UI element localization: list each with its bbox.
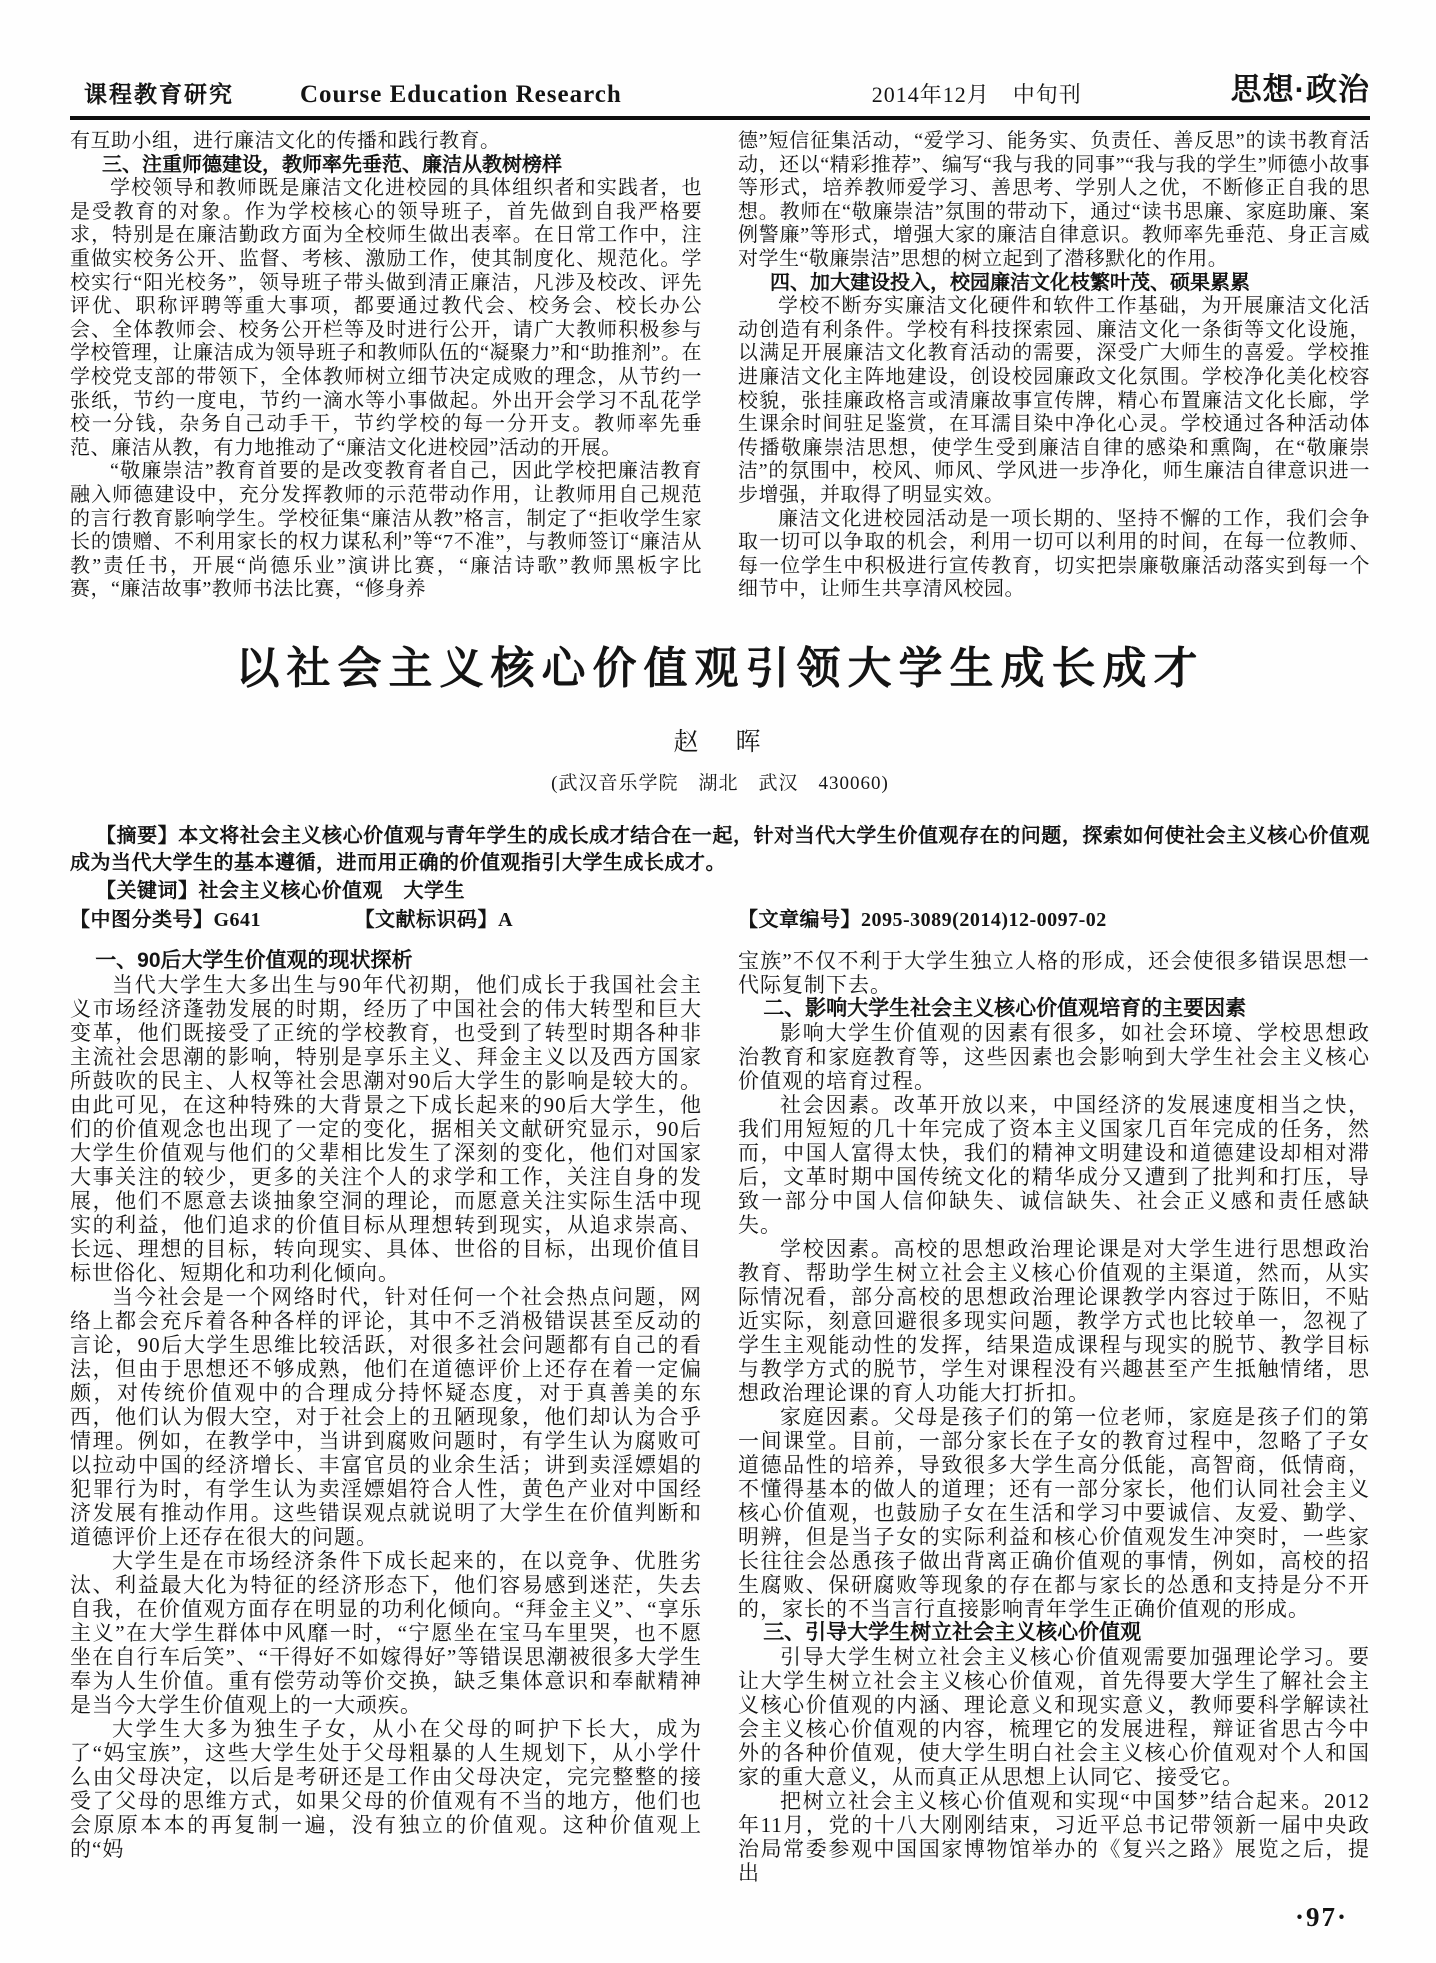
- document-code-label: 【文献标识码】: [355, 909, 499, 931]
- clc-label: 【中图分类号】: [70, 909, 214, 931]
- clc-value: G641: [214, 909, 262, 931]
- category-label: 思想·政治: [1231, 64, 1370, 109]
- paragraph: 宝族”不仅不利于大学生独立人格的形成，还会使很多错误思想一代际复制下去。: [738, 949, 1370, 997]
- paragraph: 廉洁文化进校园活动是一项长期的、坚持不懈的工作，我们会争取一切可以争取的机会，利…: [738, 508, 1370, 602]
- issue-info: 2014年12月 中旬刊: [872, 78, 1082, 109]
- clc-number: 【中图分类号】G641: [70, 909, 261, 931]
- journal-page: 课程教育研究 Course Education Research 2014年12…: [0, 0, 1436, 1963]
- paragraph: “敬廉崇洁”教育首要的是改变教育者自己，因此学校把廉洁教育融入师德建设中，充分发…: [70, 460, 702, 602]
- paragraph: 德”短信征集活动，“爱学习、能务实、负责任、善反思”的读书教育活动，还以“精彩推…: [738, 130, 1370, 272]
- article-affiliation: (武汉音乐学院 湖北 武汉 430060): [70, 768, 1370, 795]
- classification-row: 【中图分类号】G641 【文献标识码】A 【文章编号】2095-3089(201…: [70, 907, 1370, 935]
- abstract: 【摘要】本文将社会主义核心价值观与青年学生的成长成才结合在一起，针对当代大学生价…: [70, 823, 1370, 878]
- article-title: 以社会主义核心价值观引领大学生成长成才: [70, 632, 1370, 696]
- paragraph: 引导大学生树立社会主义核心价值观需要加强理论学习。要让大学生树立社会主义核心价值…: [738, 1645, 1370, 1789]
- paragraph: 大学生是在市场经济条件下成长起来的，在以竞争、优胜劣汰、利益最大化为特征的经济形…: [70, 1549, 702, 1717]
- header-divider: [70, 116, 1370, 120]
- body-left-column: 一、90后大学生价值观的现状探析当代大学生大多出生与90年代初期，他们成长于我国…: [70, 949, 702, 1885]
- article-id-value: 2095-3089(2014)12-0097-02: [861, 909, 1107, 931]
- abstract-label: 【摘要】: [96, 825, 178, 847]
- keywords: 【关键词】社会主义核心价值观 大学生: [70, 878, 1370, 906]
- paragraph: 把树立社会主义核心价值观和实现“中国梦”结合起来。2012年11月，党的十八大刚…: [738, 1789, 1370, 1885]
- paragraph: 社会因素。改革开放以来，中国经济的发展速度相当之快，我们用短短的几十年完成了资本…: [738, 1093, 1370, 1237]
- paragraph: 学校不断夯实廉洁文化硬件和软件工作基础，为开展廉洁文化活动创造有利条件。学校有科…: [738, 295, 1370, 507]
- section-heading: 三、引导大学生树立社会主义核心价值观: [738, 1621, 1370, 1645]
- article-body: 一、90后大学生价值观的现状探析当代大学生大多出生与90年代初期，他们成长于我国…: [70, 949, 1370, 1885]
- article-id-label: 【文章编号】: [738, 909, 861, 931]
- article-author: 赵 晖: [70, 722, 1370, 758]
- paragraph: 影响大学生价值观的因素有很多，如社会环境、学校思想政治教育和家庭教育等，这些因素…: [738, 1021, 1370, 1093]
- paragraph: 当今社会是一个网络时代，针对任何一个社会热点问题，网络上都会充斥着各种各样的评论…: [70, 1285, 702, 1549]
- section-heading: 三、注重师德建设，教师率先垂范、廉洁从教树榜样: [70, 154, 702, 178]
- paragraph: 当代大学生大多出生与90年代初期，他们成长于我国社会主义市场经济蓬勃发展的时期，…: [70, 973, 702, 1285]
- paragraph: 学校领导和教师既是廉洁文化进校园的具体组织者和实践者，也是受教育的对象。作为学校…: [70, 177, 702, 460]
- journal-title-en: Course Education Research: [300, 81, 622, 109]
- previous-article-continuation: 有互助小组，进行廉洁文化的传播和践行教育。三、注重师德建设，教师率先垂范、廉洁从…: [70, 130, 1370, 602]
- paragraph: 有互助小组，进行廉洁文化的传播和践行教育。: [70, 130, 702, 154]
- article-meta: 【摘要】本文将社会主义核心价值观与青年学生的成长成才结合在一起，针对当代大学生价…: [70, 823, 1370, 935]
- body-right-column: 宝族”不仅不利于大学生独立人格的形成，还会使很多错误思想一代际复制下去。二、影响…: [738, 949, 1370, 1885]
- prev-article-left-column: 有互助小组，进行廉洁文化的传播和践行教育。三、注重师德建设，教师率先垂范、廉洁从…: [70, 130, 702, 602]
- journal-title-cn: 课程教育研究: [84, 76, 234, 109]
- document-code-value: A: [498, 909, 513, 931]
- keywords-label: 【关键词】: [96, 880, 199, 902]
- document-code: 【文献标识码】A: [355, 909, 513, 931]
- page-number: ·97·: [1295, 1902, 1348, 1933]
- prev-article-right-column: 德”短信征集活动，“爱学习、能务实、负责任、善反思”的读书教育活动，还以“精彩推…: [738, 130, 1370, 602]
- section-heading: 二、影响大学生社会主义核心价值观培育的主要因素: [738, 997, 1370, 1021]
- paragraph: 家庭因素。父母是孩子们的第一位老师，家庭是孩子们的第一间课堂。目前，一部分家长在…: [738, 1405, 1370, 1621]
- section-heading: 四、加大建设投入，校园廉洁文化枝繁叶茂、硕果累累: [738, 272, 1370, 296]
- abstract-text: 本文将社会主义核心价值观与青年学生的成长成才结合在一起，针对当代大学生价值观存在…: [70, 825, 1370, 875]
- classification-left: 【中图分类号】G641 【文献标识码】A: [70, 907, 702, 935]
- keywords-text: 社会主义核心价值观 大学生: [199, 880, 466, 902]
- paragraph: 学校因素。高校的思想政治理论课是对大学生进行思想政治教育、帮助学生树立社会主义核…: [738, 1237, 1370, 1405]
- page-header: 课程教育研究 Course Education Research 2014年12…: [70, 64, 1370, 109]
- paragraph: 大学生大多为独生子女，从小在父母的呵护下长大，成为了“妈宝族”，这些大学生处于父…: [70, 1717, 702, 1861]
- article-id: 【文章编号】2095-3089(2014)12-0097-02: [738, 907, 1107, 935]
- section-heading: 一、90后大学生价值观的现状探析: [70, 949, 702, 973]
